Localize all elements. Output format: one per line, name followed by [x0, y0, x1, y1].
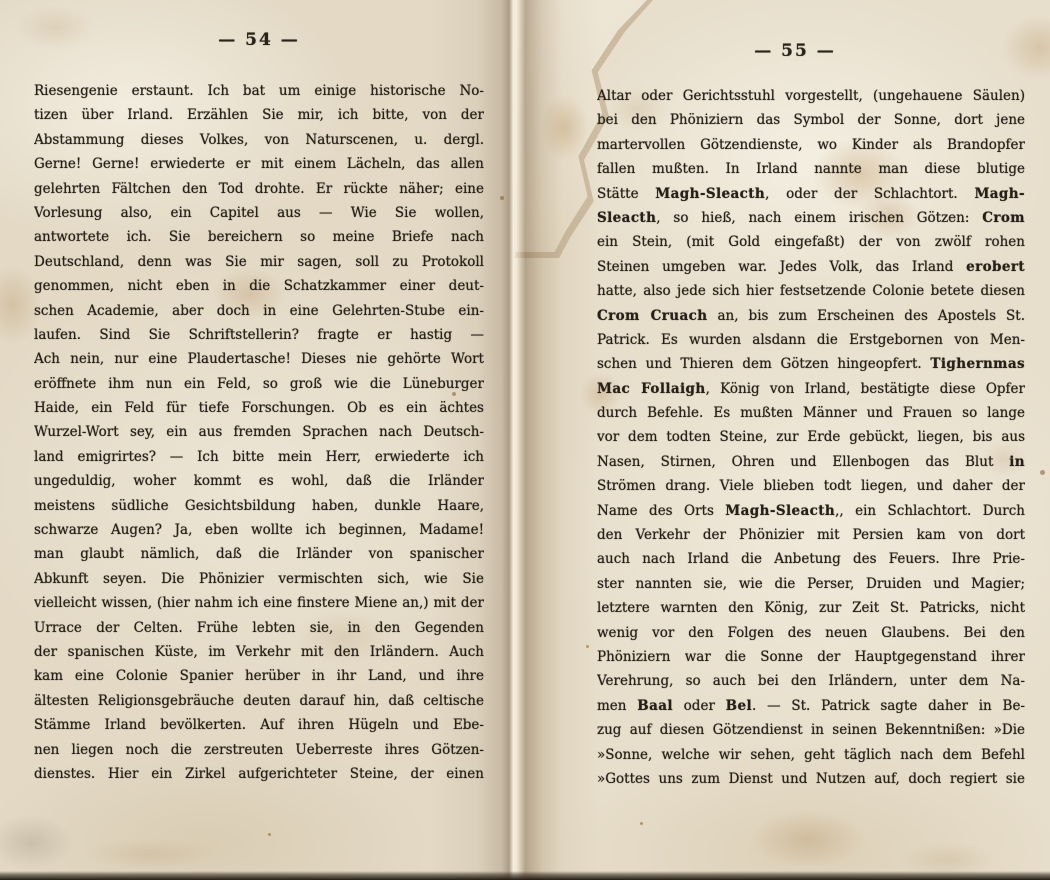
text-line: nen liegen noch die zerstreuten Ueberres… [34, 738, 484, 762]
text-line: schen Academie, aber doch in eine Gelehr… [34, 299, 484, 323]
text-segment: Name des Orts [597, 503, 725, 519]
text-line: wenig vor den Folgen des neuen Glaubens.… [597, 621, 1025, 645]
text-line: martervollen Götzendienste, wo Kinder al… [597, 133, 1025, 157]
text-line: Vorlesung also, ein Capitel aus — Wie Si… [34, 201, 484, 225]
text-segment: . — St. Patrick sagte daher in Be- [752, 698, 1025, 714]
text-line: Deutschland, denn was Sie mir sagen, sol… [34, 250, 484, 274]
text-segment: men [597, 698, 637, 714]
emphasized-word: in [1009, 454, 1025, 470]
text-segment: , oder der Schlachtort. [765, 186, 974, 202]
text-line: man glaubt nämlich, daß die Irländer von… [34, 542, 484, 566]
text-line: dienstes. Hier ein Zirkel aufgerichteter… [34, 762, 484, 786]
text-segment: Stätte [597, 186, 655, 202]
text-line: vielleicht wissen, (hier nahm ich eine f… [34, 591, 484, 615]
text-line: vor dem todten Steine, zur Erde gebückt,… [597, 425, 1025, 449]
text-line: Abstammung dieses Volkes, von Naturscene… [34, 128, 484, 152]
text-line: Nasen, Stirnen, Ohren und Ellenbogen das… [597, 450, 1025, 474]
text-line: ein Stein, (mit Gold eingefaßt) der von … [597, 230, 1025, 254]
page-number-54: — 54 — [35, 30, 483, 50]
text-line: Urrace der Celten. Frühe lebten sie, in … [34, 616, 484, 640]
text-line: gelehrten Fältchen den Tod drohte. Er rü… [34, 177, 484, 201]
text-segment: , so hieß, nach einem irischen Götzen: [656, 210, 982, 226]
text-segment: ,, ein Schlachtort. Durch [835, 503, 1025, 519]
text-line: letztere warnten den König, zur Zeit St.… [597, 596, 1025, 620]
text-line: Abkunft seyen. Die Phönizier vermischten… [34, 567, 484, 591]
text-segment: an, bis zum Erscheinen des Apostels St. [707, 308, 1025, 324]
text-line: Altar oder Gerichtsstuhl vorgestellt, (u… [597, 84, 1025, 108]
text-line: auch nach Irland die Anbetung des Feuers… [597, 547, 1025, 571]
book-scan: — 54 — — 55 — Riesengenie erstaunt. Ich … [0, 0, 1050, 880]
text-line: zug auf diesen Götzendienst in seinen Be… [597, 718, 1025, 742]
text-line: Haide, ein Feld für tiefe Forschungen. O… [34, 396, 484, 420]
text-line: antwortete ich. Sie bereichern so meine … [34, 225, 484, 249]
text-line: laufen. Sind Sie Schriftstellerin? fragt… [34, 323, 484, 347]
text-line: Verehrung, so auch bei den Irländern, un… [597, 669, 1025, 693]
text-line: Stämme Irland bevölkerten. Auf ihren Hüg… [34, 713, 484, 737]
text-line: Phöniziern war die Sonne der Hauptgegens… [597, 645, 1025, 669]
emphasized-word: erobert [966, 259, 1025, 275]
text-line: »Sonne, welche wir sehen, geht täglich n… [597, 743, 1025, 767]
text-line: Wurzel-Wort sey, ein aus fremden Sprache… [34, 420, 484, 444]
page-54-text: Riesengenie erstaunt. Ich bat um einige … [34, 79, 484, 786]
text-line: ältesten Religionsgebräuche deuten darau… [34, 689, 484, 713]
text-line: ster nannten sie, wie die Perser, Druide… [597, 572, 1025, 596]
text-segment: Steinen umgeben war. Jedes Volk, das Irl… [597, 259, 966, 275]
text-line: schwarze Augen? Ja, eben wollte ich begi… [34, 518, 484, 542]
text-line: »Gottes uns zum Dienst und Nutzen auf, d… [597, 767, 1025, 791]
text-line: der spanischen Küste, im Verkehr mit den… [34, 640, 484, 664]
scan-bottom-edge [0, 871, 1050, 880]
emphasized-word: Magh- [974, 186, 1025, 202]
text-line: Mac Follaigh, König von Irland, bestätig… [597, 377, 1025, 401]
emphasized-word: Magh-Sleacth [655, 186, 765, 202]
emphasized-word: Tighernmas [930, 356, 1025, 372]
text-line: schen und Thieren dem Götzen hingeopfert… [597, 352, 1025, 376]
text-line: Crom Cruach an, bis zum Erscheinen des A… [597, 304, 1025, 328]
text-line: Riesengenie erstaunt. Ich bat um einige … [34, 79, 484, 103]
text-line: Strömen drang. Viele blieben todt liegen… [597, 474, 1025, 498]
text-line: Patrick. Es wurden alsdann die Erstgebor… [597, 328, 1025, 352]
text-segment: schen und Thieren dem Götzen hingeopfert… [597, 356, 930, 372]
text-line: Gerne! Gerne! erwiederte er mit einem Lä… [34, 152, 484, 176]
text-line: men Baal oder Bel. — St. Patrick sagte d… [597, 694, 1025, 718]
emphasized-word: Crom Cruach [597, 308, 707, 324]
emphasized-word: Magh-Sleacth [725, 503, 835, 519]
text-line: tizen über Irland. Erzählen Sie mir, ich… [34, 103, 484, 127]
text-line: Ach nein, nur eine Plaudertasche! Dieses… [34, 347, 484, 371]
emphasized-word: Mac Follaigh [597, 381, 706, 397]
text-segment: , König von Irland, bestätigte diese Opf… [706, 381, 1025, 397]
text-line: meistens südliche Gesichtsbildung haben,… [34, 494, 484, 518]
text-line: Stätte Magh-Sleacth, oder der Schlachtor… [597, 182, 1025, 206]
text-line: Name des Orts Magh-Sleacth,, ein Schlach… [597, 499, 1025, 523]
text-line: Sleacth, so hieß, nach einem irischen Gö… [597, 206, 1025, 230]
text-line: fallen mußten. In Irland nannte man dies… [597, 157, 1025, 181]
text-line: hatte, also jede sich hier festsetzende … [597, 279, 1025, 303]
text-line: kam eine Colonie Spanier herüber in ihr … [34, 664, 484, 688]
text-segment: oder [673, 698, 726, 714]
page-55-text: Altar oder Gerichtsstuhl vorgestellt, (u… [597, 84, 1025, 791]
page-number-55: — 55 — [580, 41, 1010, 61]
text-line: Steinen umgeben war. Jedes Volk, das Irl… [597, 255, 1025, 279]
text-line: genommen, nicht eben in die Schatzkammer… [34, 274, 484, 298]
text-line: ungeduldig, woher kommt es wohl, daß die… [34, 469, 484, 493]
text-line: bei den Phöniziern das Symbol der Sonne,… [597, 108, 1025, 132]
text-line: den Verkehr der Phönizier mit Persien ka… [597, 523, 1025, 547]
text-line: land emigrirtes? — Ich bitte mein Herr, … [34, 445, 484, 469]
text-line: durch Befehle. Es mußten Männer und Frau… [597, 401, 1025, 425]
emphasized-word: Bel [726, 698, 752, 714]
text-segment: Nasen, Stirnen, Ohren und Ellenbogen das… [597, 454, 1009, 470]
emphasized-word: Baal [637, 698, 673, 714]
emphasized-word: Sleacth [597, 210, 656, 226]
text-line: eröffnete ihm nun ein Feld, so groß wie … [34, 372, 484, 396]
